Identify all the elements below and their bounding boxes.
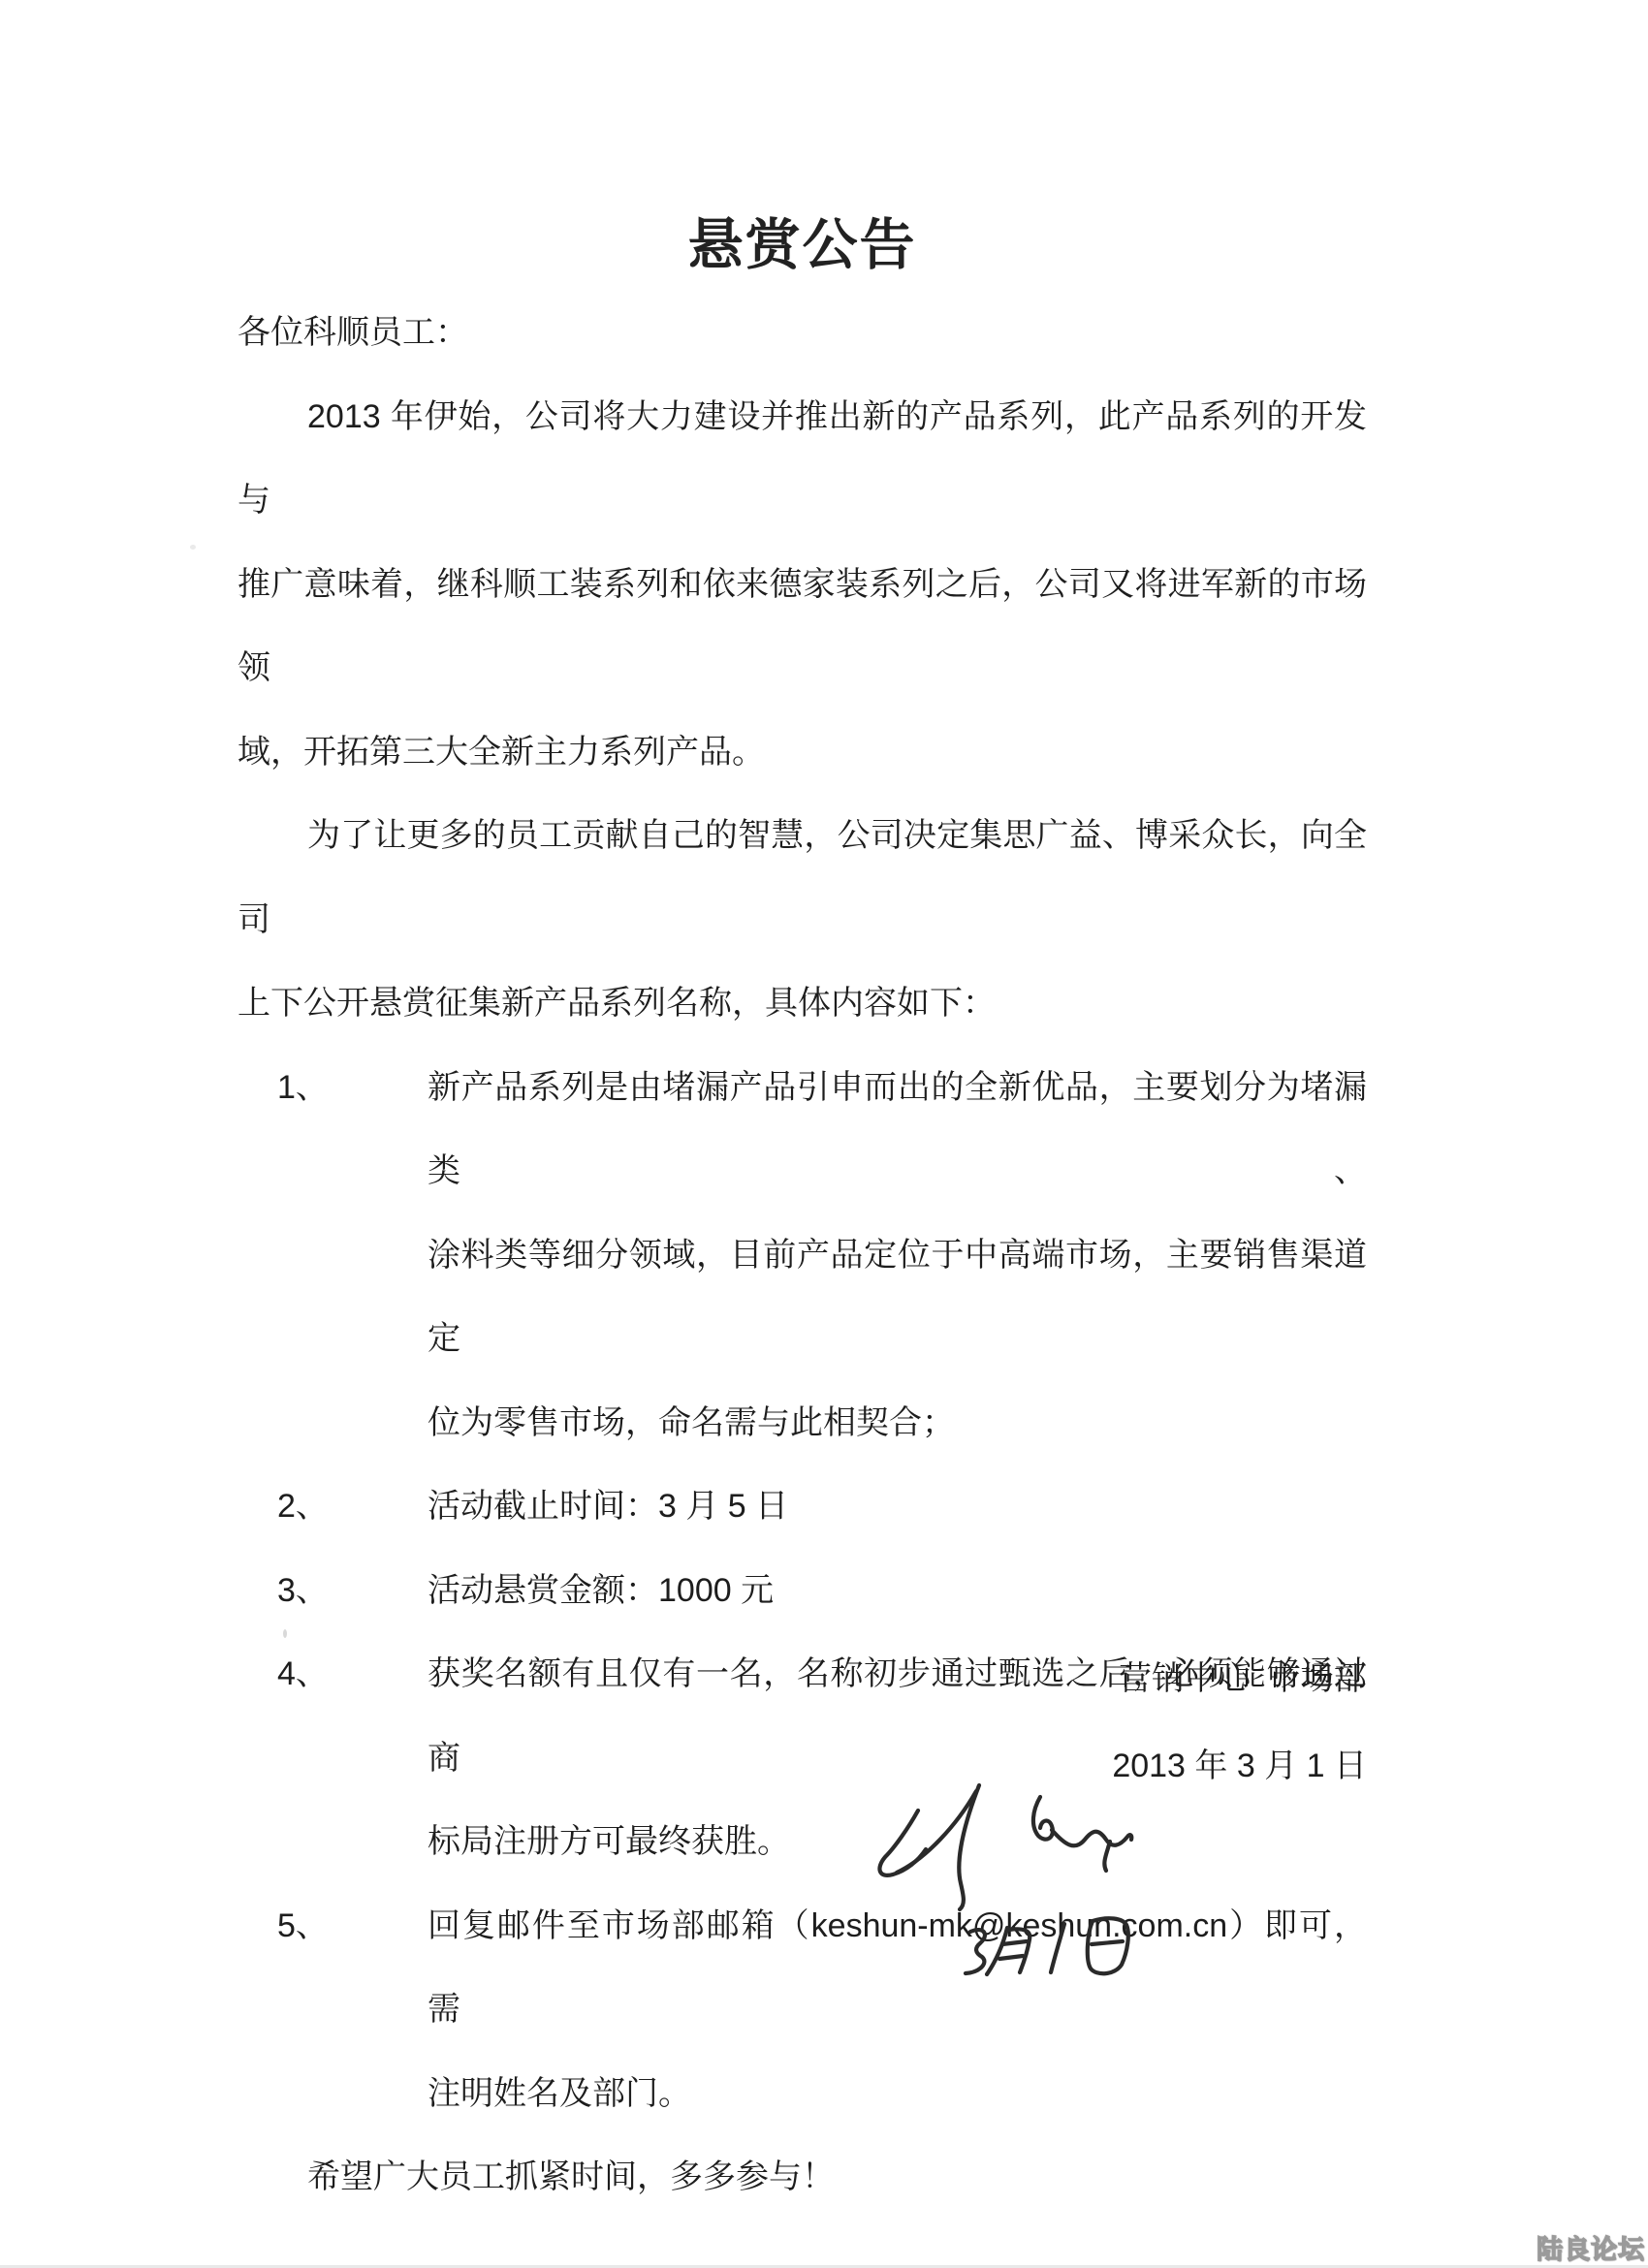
greeting-line: 各位科顺员工： xyxy=(238,291,1367,375)
text-line-para-cont: 推广意味着，继科顺工装系列和依来德家装系列之后，公司又将进军新的市场领 xyxy=(238,543,1367,710)
list-number: 5、 xyxy=(277,1884,329,1969)
text-line-para-cont: 域，开拓第三大全新主力系列产品。 xyxy=(238,710,1367,795)
text-line-item-first: 2、活动截止时间：3 月 5 日 xyxy=(238,1465,1367,1549)
list-number: 1、 xyxy=(277,1046,329,1130)
scan-speck xyxy=(283,1629,287,1638)
list-number: 2、 xyxy=(277,1465,329,1549)
page-title: 悬赏公告 xyxy=(238,201,1367,280)
signoff-date: 2013 年 3 月 1 日 xyxy=(238,1747,1367,1785)
signature-date-stroke xyxy=(1092,1941,1123,1944)
signature-date-stroke xyxy=(999,1956,1023,1959)
signature-date-stroke xyxy=(1009,1929,1030,1972)
document-body: 各位科顺员工： 2013 年伊始，公司将大力建设并推出新的产品系列，此产品系列的… xyxy=(238,291,1367,2220)
signoff-department-right: 市场部 xyxy=(1268,1660,1367,1697)
text-line-item-cont: 注明姓名及部门。 xyxy=(238,2052,1367,2136)
text-line-para-first: 希望广大员工抓紧时间，多多参与！ xyxy=(238,2135,1367,2220)
text-line-para-first: 为了让更多的员工贡献自己的智慧，公司决定集思广益、博采众长，向全司 xyxy=(238,794,1367,961)
scan-speck xyxy=(190,545,196,550)
signature-date-stroke xyxy=(966,1930,985,1973)
list-number: 3、 xyxy=(277,1549,329,1633)
scanned-document-page: 悬赏公告 各位科顺员工： 2013 年伊始，公司将大力建设并推出新的产品系列，此… xyxy=(0,0,1648,2268)
forum-watermark: 陆良论坛 xyxy=(1537,2228,1645,2266)
signature-stroke xyxy=(1052,1830,1131,1845)
text-line-item-cont: 涂料类等细分领域，目前产品定位于中高端市场，主要销售渠道定 xyxy=(238,1213,1367,1381)
signature-date-stroke xyxy=(1051,1924,1064,1972)
signoff-department-left: 营销中心 xyxy=(1119,1660,1251,1697)
signature-stroke xyxy=(1104,1842,1110,1871)
text-line-item-first: 5、回复邮件至市场部邮箱（keshun-mk@keshun.com.cn）即可，… xyxy=(238,1884,1367,2052)
handwritten-signature xyxy=(829,1781,1158,1992)
text-line-para-first: 2013 年伊始，公司将大力建设并推出新的产品系列，此产品系列的开发与 xyxy=(238,375,1367,543)
signature-stroke xyxy=(1033,1797,1053,1840)
signoff-department: 营销中心市场部 xyxy=(238,1659,1367,1698)
text-line-item-first: 1、新产品系列是由堵漏产品引申而出的全新优品，主要划分为堵漏类、 xyxy=(238,1046,1367,1213)
text-line-item-cont: 位为零售市场，命名需与此相契合； xyxy=(238,1381,1367,1465)
text-line-para-cont: 上下公开悬赏征集新产品系列名称，具体内容如下： xyxy=(238,961,1367,1046)
signature-date-stroke xyxy=(1002,1941,1027,1944)
signature-stroke xyxy=(879,1811,926,1875)
signature-date-stroke xyxy=(987,1928,1007,1974)
text-line-item-first: 3、活动悬赏金额：1000 元 xyxy=(238,1549,1367,1633)
text-line-item-cont: 标局注册方可最终获胜。 xyxy=(238,1800,1367,1884)
